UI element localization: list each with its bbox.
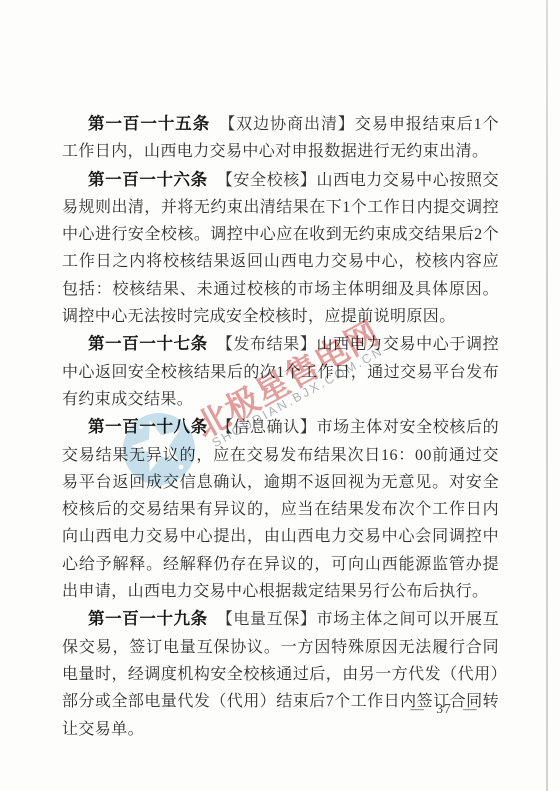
document-page: 第一百一十五条【双边协商出清】交易申报结束后1个工作日内，山西电力交易中心对申报… <box>0 0 560 791</box>
article-title: 【发布结果】 <box>217 336 317 353</box>
article-title: 【安全校核】 <box>217 172 317 189</box>
article-body: 市场主体对安全校核后的交易结果无异议的，应在交易发布结果次日16：00前通过交易… <box>62 419 499 600</box>
article-paragraph: 第一百一十六条【安全校核】山西电力交易中心按照交易规则出清，并将无约束出清结果在… <box>62 166 499 331</box>
article-paragraph: 第一百一十九条【电量互保】市场主体之间可以开展互保交易，签订电量互保协议。一方因… <box>62 605 499 742</box>
article-number: 第一百一十九条 <box>88 609 208 628</box>
article-number: 第一百一十八条 <box>88 417 208 436</box>
article-body: 市场主体之间可以开展互保交易，签订电量互保协议。一方因特殊原因无法履行合同电量时… <box>62 611 499 737</box>
article-title: 【电量互保】 <box>217 611 317 628</box>
article-body: 山西电力交易中心按照交易规则出清，并将无约束出清结果在下1个工作日内提交调控中心… <box>62 172 499 325</box>
article-paragraph: 第一百一十五条【双边协商出清】交易申报结束后1个工作日内，山西电力交易中心对申报… <box>62 110 499 166</box>
page-number: — 37 — <box>404 701 484 717</box>
article-title: 【信息确认】 <box>217 419 317 436</box>
article-number: 第一百一十六条 <box>88 170 208 189</box>
article-paragraph: 第一百一十八条【信息确认】市场主体对安全校核后的交易结果无异议的，应在交易发布结… <box>62 413 499 605</box>
article-paragraph: 第一百一十七条【发布结果】山西电力交易中心于调控中心返回安全校核结果后的次1个工… <box>62 330 499 413</box>
article-number: 第一百一十五条 <box>88 114 210 133</box>
article-title: 【双边协商出清】 <box>219 116 355 133</box>
article-number: 第一百一十七条 <box>88 334 208 353</box>
article-text-block: 第一百一十五条【双边协商出清】交易申报结束后1个工作日内，山西电力交易中心对申报… <box>62 110 499 743</box>
scan-edge-line <box>546 0 548 791</box>
